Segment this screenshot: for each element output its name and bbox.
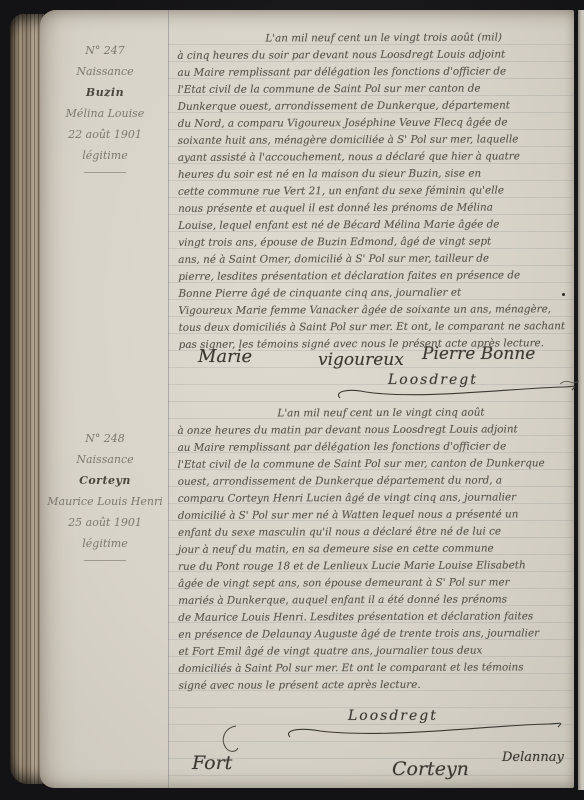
act-line: du Nord, a comparu Vigoureux Joséphine V… [178,114,574,133]
act1-category: Naissance [46,61,164,82]
act-line: rue du Pont rouge 18 et de Lenlieux Luci… [178,557,574,576]
act-line: L'an mil neuf cent un le vingt trois aoû… [177,29,573,48]
act-line: vingt trois ans, épouse de Buzin Edmond,… [178,233,574,252]
act-line: de Maurice Louis Henri. Lesdites présent… [178,608,574,627]
act-line: heures du soir est né en la maison du si… [178,165,574,184]
act-line: nous présente et auquel il est donné les… [178,199,574,218]
act-line: ans, né à Saint Omer, domicilié à S' Pol… [178,250,574,269]
act1-margin-annotation: N° 247 Naissance Buzin Mélina Louise 22 … [46,40,164,173]
act-line: à onze heures du matin par devant nous L… [177,421,573,440]
act-line: l'Etat civil de la commune de Saint Pol … [178,80,574,99]
act2-category: Naissance [46,449,164,470]
book-page-edges [10,14,44,784]
act1-date: 22 août 1901 [46,124,164,145]
act-line: Louise, lequel enfant est né de Bécard M… [178,216,574,235]
margin-rule-line [168,10,169,788]
act1-mention: légitime [46,145,164,166]
signature-delannay: Delannay [502,750,564,765]
act-line: Bonne Pierre âgé de cinquante cinq ans, … [178,284,574,303]
act-line: mariés à Dunkerque, auquel enfant il a é… [178,591,574,610]
signature-marie: Marie [198,346,252,367]
act-line: Dunkerque ouest, arrondissement de Dunke… [178,97,574,116]
act1-body: L'an mil neuf cent un le vingt trois aoû… [177,29,574,354]
register-page: N° 247 Naissance Buzin Mélina Louise 22 … [40,10,574,788]
act2-number: N° 248 [46,428,164,449]
signature-curl [218,722,244,756]
act-line: en présence de Delaunay Auguste âgé de t… [178,625,574,644]
act-line: au Maire remplissant par délégation les … [177,63,573,82]
act-line: domicilié à S' Pol sur mer né à Watten l… [178,506,574,525]
act-line: comparu Corteyn Henri Lucien âgé de ving… [178,489,574,508]
signature-flourish [280,713,570,743]
act-line: domiciliés à Saint Pol sur mer. Et ont l… [178,659,574,678]
act2-margin-annotation: N° 248 Naissance Corteyn Maurice Louis H… [46,428,164,561]
act-line: et Fort Emil âgé de vingt quatre ans, jo… [178,642,574,661]
act1-given-names: Mélina Louise [46,103,164,124]
act2-mention: légitime [46,533,164,554]
act1-margin-underline [84,172,126,173]
act-line: ayant assisté à l'accouchement, nous a d… [178,148,574,167]
act-line: au Maire remplissant par délégation les … [178,438,574,457]
act-line: tous deux domiciliés à Saint Pol sur mer… [179,318,575,337]
scanned-register-photo: N° 247 Naissance Buzin Mélina Louise 22 … [0,0,584,800]
act-line: cette commune rue Vert 21, un enfant du … [178,182,574,201]
act2-body: L'an mil neuf cent un le vingt cinq août… [177,404,574,695]
act-line: soixante huit ans, ménagère domiciliée à… [178,131,574,150]
act-line: âgée de vingt sept ans, son épouse demeu… [178,574,574,593]
act2-surname: Corteyn [46,470,164,491]
act1-number: N° 247 [46,40,164,61]
act-line: Vigoureux Marie femme Vanacker âgée de s… [178,301,574,320]
act2-given-names: Maurice Louis Henri [46,491,164,512]
act-line: L'an mil neuf cent un le vingt cinq août [177,404,573,423]
signature-flourish [332,378,582,404]
act-line: à cinq heures du soir par devant nous Lo… [177,46,573,65]
signature-fort: Fort [192,752,232,774]
signature-vigoureux: vigoureux [318,350,404,370]
act-line: enfant du sexe masculin qu'il nous a déc… [178,523,574,542]
act-line: pierre, lesdites présentation et déclara… [178,267,574,286]
signature-corteyn: Corteyn [392,758,469,780]
act-line: signé avec nous le présent acte après le… [179,676,575,695]
signature-pierre-bonne: Pierre Bonne [422,344,535,364]
act-line: ouest, arrondissement de Dunkerque dépar… [178,472,574,491]
act-line: l'Etat civil de la commune de Saint Pol … [178,455,574,474]
act1-surname: Buzin [46,82,164,103]
act2-margin-underline [84,560,126,561]
act2-date: 25 août 1901 [46,512,164,533]
act-line: jour à neuf du matin, en sa demeure sise… [178,540,574,559]
